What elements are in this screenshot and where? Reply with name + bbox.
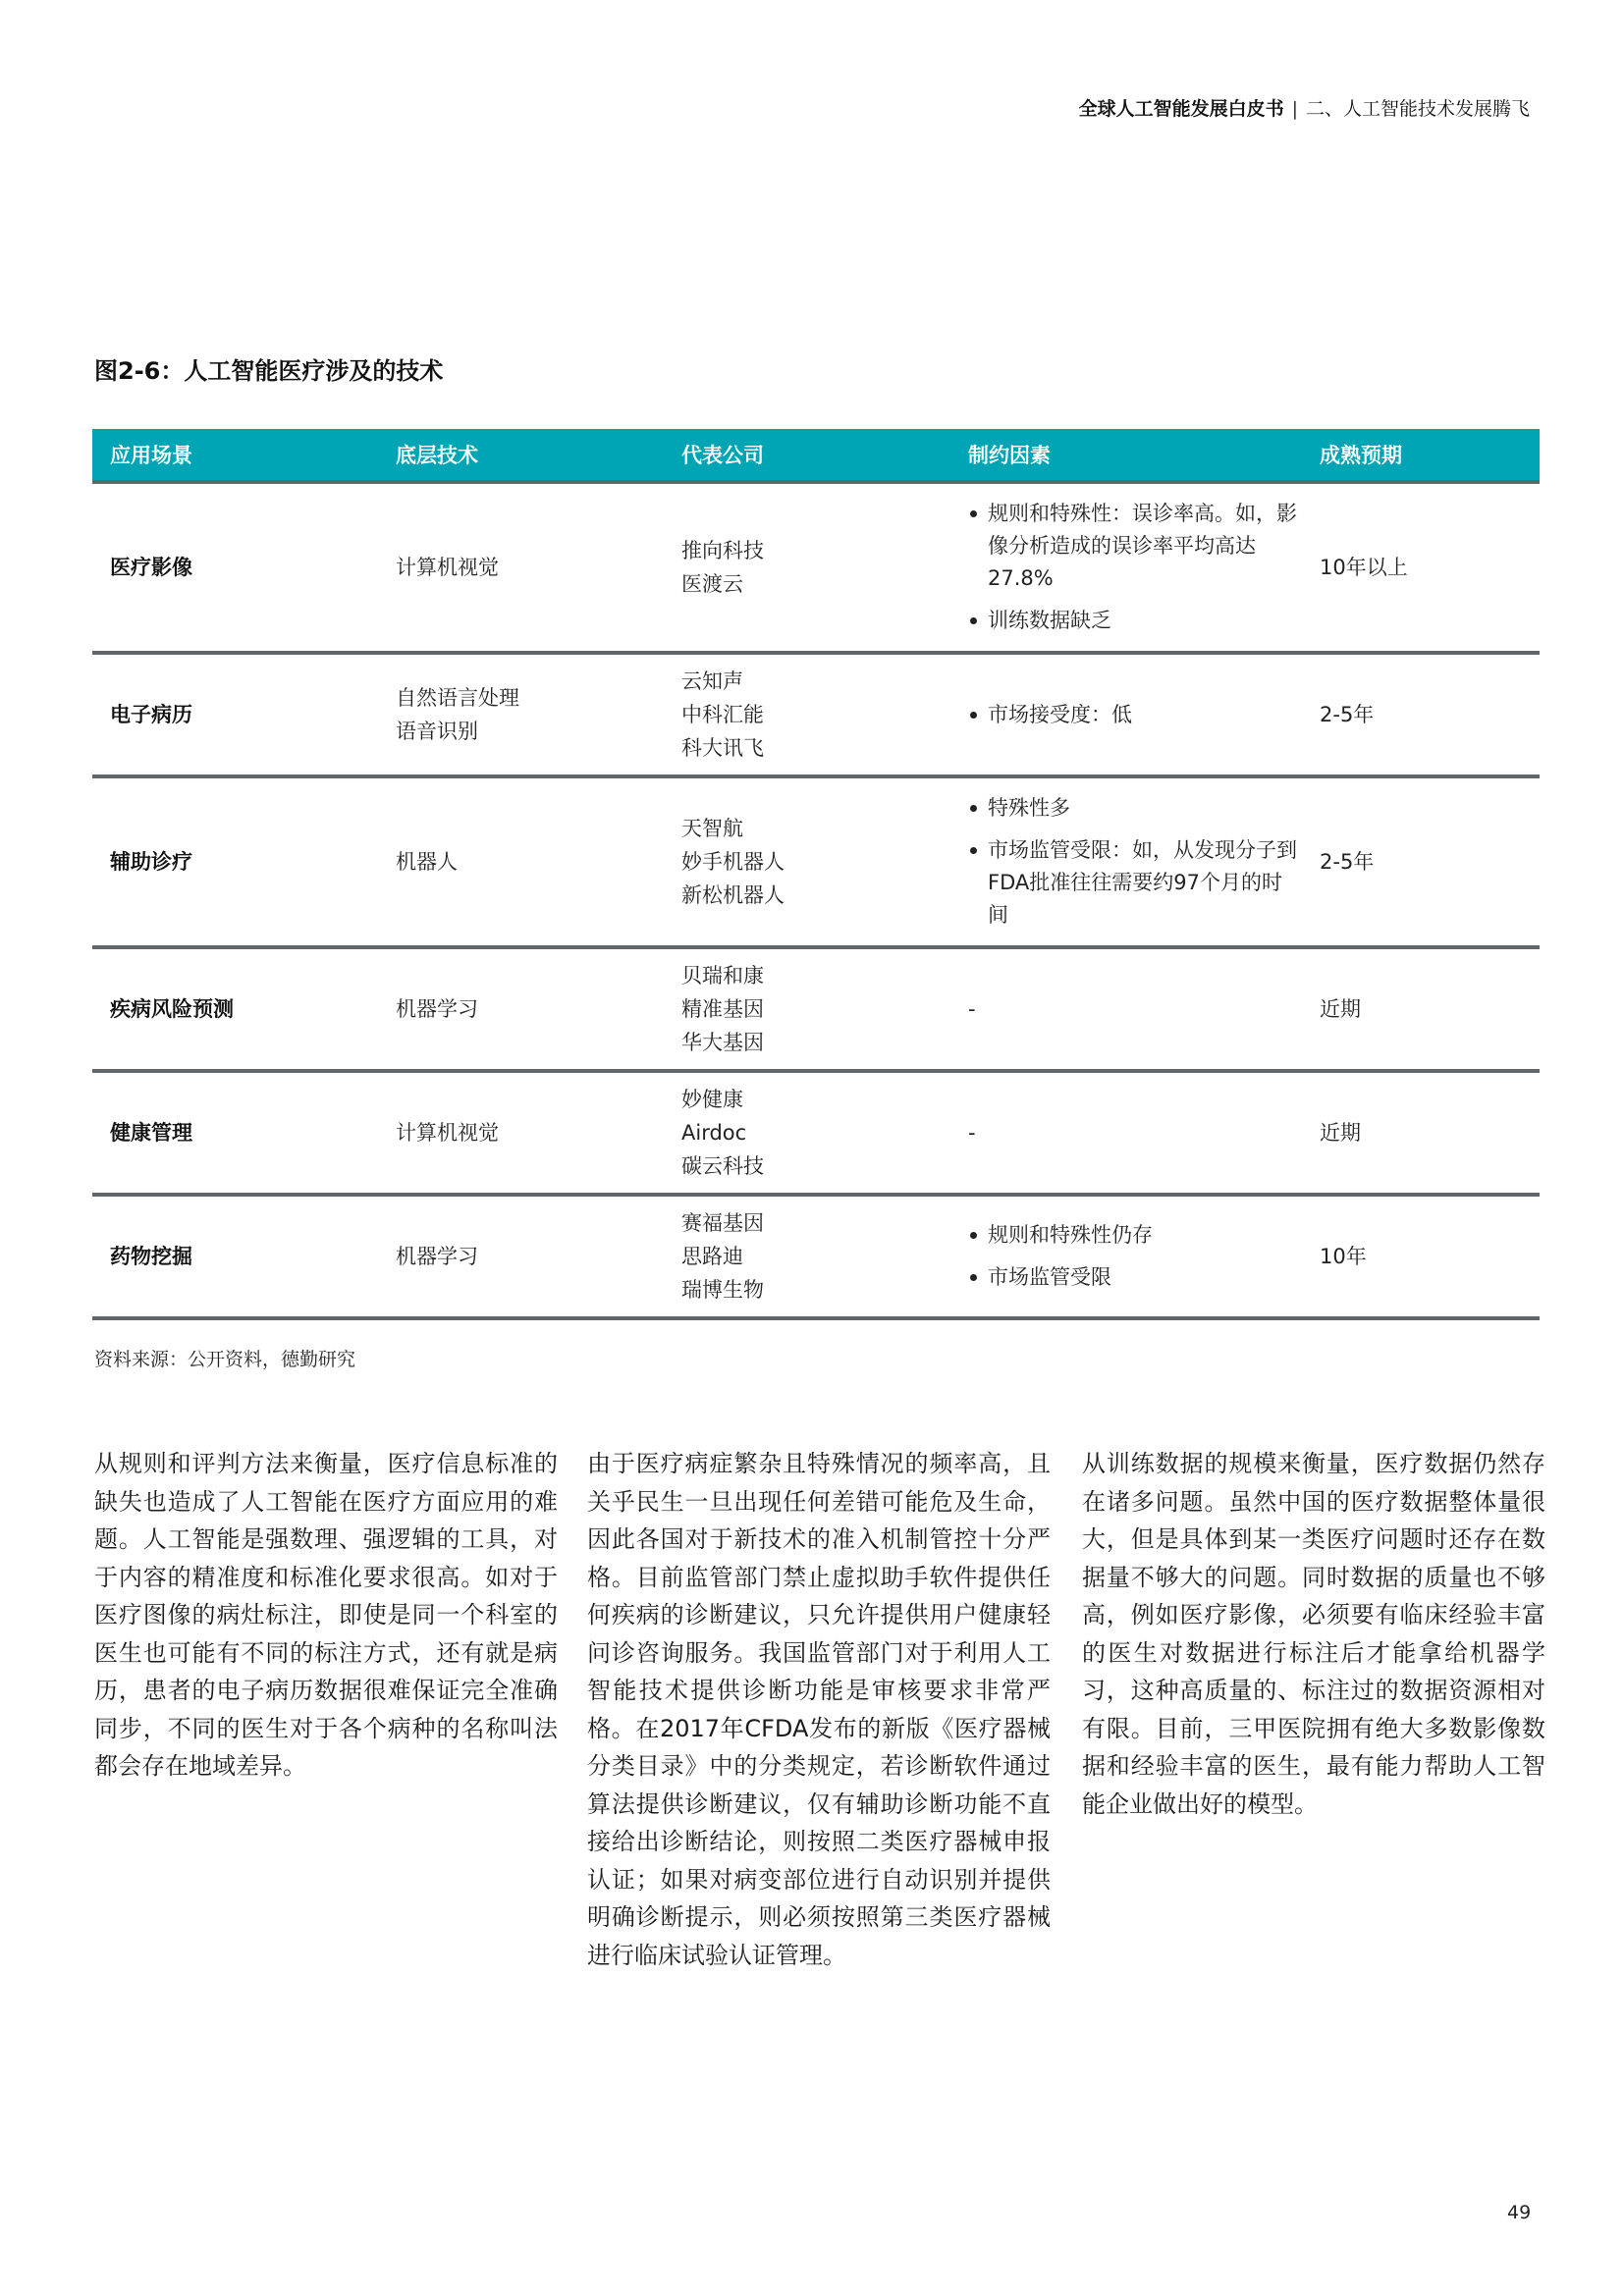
company-item: 天智航 xyxy=(681,812,950,845)
factor-item: 市场接受度：低 xyxy=(968,699,1302,731)
factor-item: 训练数据缺乏 xyxy=(968,605,1302,637)
cell-tech: 机器学习 xyxy=(378,947,664,1071)
cell-maturity: 10年 xyxy=(1302,1195,1540,1318)
tech-item: 机器人 xyxy=(396,845,664,879)
factor-item: 特殊性多 xyxy=(968,792,1302,825)
page-number: 49 xyxy=(1507,2202,1531,2223)
factor-list: 市场接受度：低 xyxy=(968,699,1302,731)
table-row: 辅助诊疗 机器人 天智航 妙手机器人 新松机器人 特殊性多 市场监管受限：如，从… xyxy=(92,776,1540,947)
cell-companies: 赛福基因 思路迪 瑞博生物 xyxy=(664,1195,950,1318)
company-item: 妙手机器人 xyxy=(681,845,950,879)
company-item: Airdoc xyxy=(681,1116,950,1149)
document-title: 全球人工智能发展白皮书 xyxy=(1079,98,1284,120)
table-row: 健康管理 计算机视觉 妙健康 Airdoc 碳云科技 - 近期 xyxy=(92,1071,1540,1195)
cell-factors: 规则和特殊性：误诊率高。如，影像分析造成的误诊率平均高达27.8% 训练数据缺乏 xyxy=(950,482,1302,653)
cell-maturity: 近期 xyxy=(1302,947,1540,1071)
cell-factors: 规则和特殊性仍存 市场监管受限 xyxy=(950,1195,1302,1318)
company-item: 推向科技 xyxy=(681,534,950,567)
cell-companies: 推向科技 医渡云 xyxy=(664,482,950,653)
cell-scene: 健康管理 xyxy=(92,1071,378,1195)
cell-tech: 机器人 xyxy=(378,776,664,947)
cell-tech: 机器学习 xyxy=(378,1195,664,1318)
cell-tech: 自然语言处理 语音识别 xyxy=(378,653,664,776)
factor-list: 规则和特殊性仍存 市场监管受限 xyxy=(968,1219,1302,1294)
cell-scene: 辅助诊疗 xyxy=(92,776,378,947)
factor-item: 规则和特殊性仍存 xyxy=(968,1219,1302,1252)
company-item: 中科汇能 xyxy=(681,698,950,731)
column-header-factors: 制约因素 xyxy=(950,429,1302,482)
table-row: 电子病历 自然语言处理 语音识别 云知声 中科汇能 科大讯飞 市场接受度：低 2… xyxy=(92,653,1540,776)
company-item: 医渡云 xyxy=(681,567,950,601)
cell-companies: 天智航 妙手机器人 新松机器人 xyxy=(664,776,950,947)
header-separator: | xyxy=(1292,98,1298,120)
table-row: 医疗影像 计算机视觉 推向科技 医渡云 规则和特殊性：误诊率高。如，影像分析造成… xyxy=(92,482,1540,653)
table-header-row: 应用场景 底层技术 代表公司 制约因素 成熟预期 xyxy=(92,429,1540,482)
cell-maturity: 10年以上 xyxy=(1302,482,1540,653)
table-row: 疾病风险预测 机器学习 贝瑞和康 精准基因 华大基因 - 近期 xyxy=(92,947,1540,1071)
body-paragraph-column-3: 从训练数据的规模来衡量，医疗数据仍然存在诸多问题。虽然中国的医疗数据整体量很大，… xyxy=(1082,1445,1545,1823)
cell-scene: 医疗影像 xyxy=(92,482,378,653)
cell-scene: 疾病风险预测 xyxy=(92,947,378,1071)
cell-tech: 计算机视觉 xyxy=(378,1071,664,1195)
company-item: 精准基因 xyxy=(681,992,950,1026)
figure-title: 图2-6：人工智能医疗涉及的技术 xyxy=(94,351,443,386)
tech-item: 计算机视觉 xyxy=(396,1116,664,1149)
factor-item: 规则和特殊性：误诊率高。如，影像分析造成的误诊率平均高达27.8% xyxy=(968,498,1302,595)
medical-ai-tech-table: 应用场景 底层技术 代表公司 制约因素 成熟预期 医疗影像 计算机视觉 推向科技… xyxy=(92,429,1540,1320)
company-item: 妙健康 xyxy=(681,1083,950,1116)
cell-maturity: 近期 xyxy=(1302,1071,1540,1195)
cell-maturity: 2-5年 xyxy=(1302,653,1540,776)
source-note: 资料来源：公开资料，德勤研究 xyxy=(94,1345,355,1371)
tech-item: 语音识别 xyxy=(396,715,664,748)
factor-list: 特殊性多 市场监管受限：如，从发现分子到FDA批准往往需要约97个月的时间 xyxy=(968,792,1302,932)
cell-tech: 计算机视觉 xyxy=(378,482,664,653)
cell-factors: - xyxy=(950,1071,1302,1195)
cell-maturity: 2-5年 xyxy=(1302,776,1540,947)
company-item: 瑞博生物 xyxy=(681,1273,950,1307)
tech-item: 计算机视觉 xyxy=(396,551,664,584)
company-item: 科大讯飞 xyxy=(681,731,950,765)
company-item: 思路迪 xyxy=(681,1240,950,1273)
company-item: 华大基因 xyxy=(681,1026,950,1059)
cell-companies: 妙健康 Airdoc 碳云科技 xyxy=(664,1071,950,1195)
running-header: 全球人工智能发展白皮书|二、人工智能技术发展腾飞 xyxy=(1079,94,1530,121)
company-item: 新松机器人 xyxy=(681,879,950,912)
company-item: 云知声 xyxy=(681,665,950,698)
tech-item: 机器学习 xyxy=(396,992,664,1026)
body-paragraph-column-2: 由于医疗病症繁杂且特殊情况的频率高，且关乎民生一旦出现任何差错可能危及生命，因此… xyxy=(587,1445,1051,1974)
chapter-title: 二、人工智能技术发展腾飞 xyxy=(1306,98,1530,120)
column-header-scene: 应用场景 xyxy=(92,429,378,482)
cell-factors: 特殊性多 市场监管受限：如，从发现分子到FDA批准往往需要约97个月的时间 xyxy=(950,776,1302,947)
cell-companies: 贝瑞和康 精准基因 华大基因 xyxy=(664,947,950,1071)
factor-list: 规则和特殊性：误诊率高。如，影像分析造成的误诊率平均高达27.8% 训练数据缺乏 xyxy=(968,498,1302,637)
factor-item: 市场监管受限 xyxy=(968,1261,1302,1294)
cell-factors: - xyxy=(950,947,1302,1071)
table-row: 药物挖掘 机器学习 赛福基因 思路迪 瑞博生物 规则和特殊性仍存 市场监管受限 … xyxy=(92,1195,1540,1318)
cell-factors: 市场接受度：低 xyxy=(950,653,1302,776)
company-item: 碳云科技 xyxy=(681,1149,950,1183)
company-item: 赛福基因 xyxy=(681,1206,950,1240)
cell-scene: 药物挖掘 xyxy=(92,1195,378,1318)
factor-item: 市场监管受限：如，从发现分子到FDA批准往往需要约97个月的时间 xyxy=(968,834,1302,932)
tech-item: 机器学习 xyxy=(396,1240,664,1273)
column-header-maturity: 成熟预期 xyxy=(1302,429,1540,482)
cell-companies: 云知声 中科汇能 科大讯飞 xyxy=(664,653,950,776)
column-header-tech: 底层技术 xyxy=(378,429,664,482)
tech-item: 自然语言处理 xyxy=(396,681,664,715)
column-header-companies: 代表公司 xyxy=(664,429,950,482)
company-item: 贝瑞和康 xyxy=(681,959,950,992)
body-paragraph-column-1: 从规则和评判方法来衡量，医疗信息标准的缺失也造成了人工智能在医疗方面应用的难题。… xyxy=(94,1445,558,1786)
cell-scene: 电子病历 xyxy=(92,653,378,776)
